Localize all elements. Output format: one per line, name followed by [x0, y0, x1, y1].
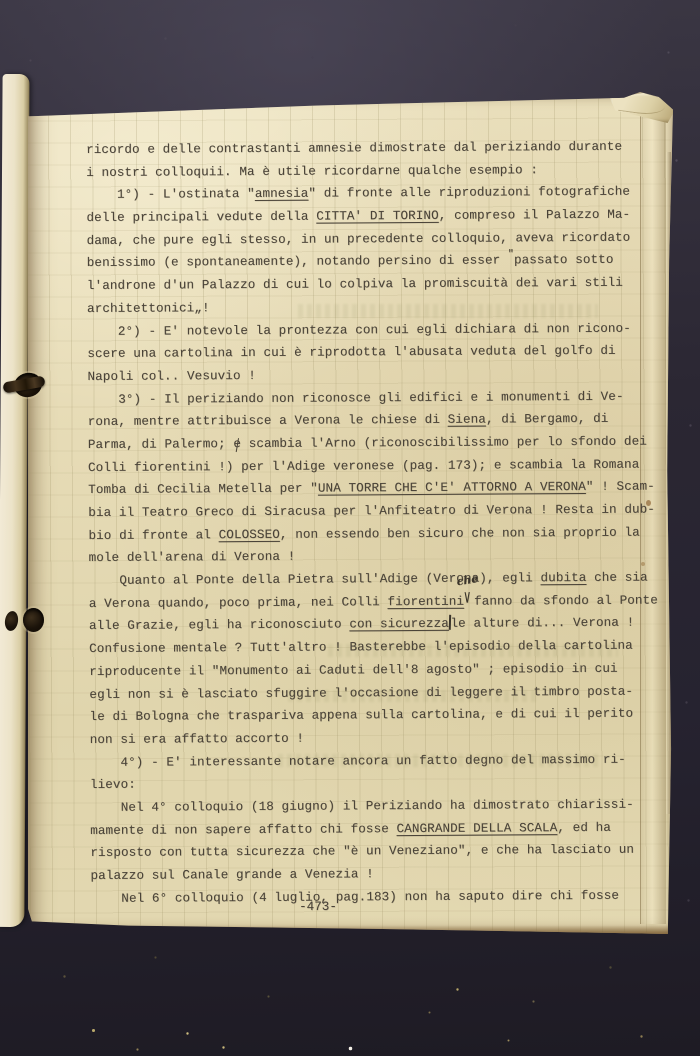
underlined-text: CITTA' DI TORINO [316, 209, 439, 224]
underlined-text: con sicurezza [349, 617, 449, 632]
text-segment: Confusione mentale ? Tutt'altro ! Baster… [89, 639, 633, 656]
text-segment: bio di fronte al [88, 528, 218, 543]
page-number: -473- [238, 900, 398, 914]
text-segment: Napoli col.. Vesuvio ! [87, 369, 256, 384]
binding-hole-bottom [23, 608, 44, 632]
pen-stroke [449, 615, 451, 630]
underlined-text: Siena [448, 413, 486, 427]
text-segment: benissimo (e spontaneamente), notando pe… [87, 254, 508, 271]
text-line: riproducente il "Monumento ai Caduti del… [89, 657, 685, 683]
text-segment: , di Bergamo, di [486, 412, 609, 427]
underlined-text: dubita [540, 571, 586, 585]
text-line: delle principali vedute della CITTA' DI … [86, 203, 682, 229]
text-segment: dama, che pure egli stesso, in un preced… [87, 230, 631, 247]
text-segment: riproducente il "Monumento ai Caduti del… [89, 662, 617, 679]
text-line: Parma, di Palermo; e scambia l'Arno (ric… [88, 430, 684, 456]
text-line: Confusione mentale ? Tutt'altro ! Baster… [89, 634, 685, 660]
text-segment: 1°) - L'ostinata " [86, 187, 255, 202]
text-segment: " di fronte alle riproduzioni fotografic… [308, 185, 630, 201]
text-segment: l'androne d'un Palazzo di cui lo colpiva… [87, 276, 623, 293]
text-segment: non si era affatto accorto ! [90, 732, 305, 747]
overstruck-char: e [233, 437, 241, 451]
caret-icon: ∨ [463, 580, 471, 614]
underlined-text: CANGRANDE DELLA SCALA [396, 821, 557, 836]
text-segment: 3°) - Il periziando non riconosce gli ed… [88, 389, 624, 406]
text-segment: Nel 4° colloquio (18 giugno) il Perizian… [90, 798, 634, 815]
text-segment: 4°) - E' interessante notare ancora un f… [90, 752, 626, 769]
text-segment: mamente di non sapere affatto chi fosse [90, 822, 396, 838]
text-segment: Colli fiorentini !) per l'Adige veronese… [88, 457, 639, 474]
underlined-text: UNA TORRE CHE C'E' ATTORNO A VERONA [318, 480, 586, 496]
text-segment: mole dell'arena di Verona ! [89, 550, 296, 565]
text-segment: fanno da sfondo al Ponte [474, 593, 658, 608]
text-segment: bia il Teatro Greco di Siracusa per l'An… [88, 503, 655, 520]
page-corner-fold [610, 93, 674, 123]
text-segment: , ed ha [557, 820, 611, 834]
text-segment: risposto con tutta sicurezza che "è un V… [90, 843, 634, 860]
text-segment: Parma, di Palermo; [88, 437, 234, 452]
text-line: Nel 4° colloquio (18 giugno) il Perizian… [90, 793, 686, 819]
previous-page-edge [0, 74, 30, 927]
text-segment: che sia [586, 571, 647, 585]
document-page: ricordo e delle contrastanti amnesie dim… [28, 92, 673, 934]
typewritten-text: ricordo e delle contrastanti amnesie dim… [86, 135, 687, 910]
text-line: scere una cartolina in cui è riprodotta … [87, 340, 683, 366]
text-segment: rona, mentre attribuisce a Verona le chi… [88, 413, 448, 429]
text-line: ricordo e delle contrastanti amnesie dim… [86, 135, 682, 161]
photo-background: ricordo e delle contrastanti amnesie dim… [0, 0, 700, 1056]
text-line: risposto con tutta sicurezza che "è un V… [90, 839, 686, 865]
text-segment: architettonici [87, 301, 194, 316]
handwritten-low-quote-mark: „ [194, 301, 202, 315]
text-line: l'androne d'un Palazzo di cui lo colpiva… [87, 271, 683, 297]
text-segment: scere una cartolina in cui è riprodotta … [87, 344, 615, 361]
dust-specks [0, 0, 1, 1]
text-segment: , non essendo ben sicuro che non sia pro… [280, 525, 640, 541]
text-segment: lievo: [90, 778, 136, 792]
text-segment: Tomba di Cecilia Metella per " [88, 482, 318, 497]
underlined-text: amnesia [255, 187, 309, 201]
text-segment: 2°) - E' notevole la prontezza con cui e… [87, 321, 631, 338]
text-line: le di Bologna che traspariva appena sull… [89, 703, 685, 729]
text-segment: scambia l'Arno (riconoscibilissimo per l… [241, 435, 647, 451]
text-segment: palazzo sul Canale grande a Venezia ! [90, 867, 373, 883]
text-segment: ricordo e delle contrastanti amnesie dim… [86, 140, 622, 157]
text-segment: , compreso il Palazzo Ma- [439, 208, 631, 223]
underlined-text: COLOSSEO [219, 528, 280, 542]
handwritten-insertion: che∨ [464, 592, 474, 605]
text-segment: le di Bologna che traspariva appena sull… [89, 707, 633, 724]
text-segment: le alture di... Verona ! [450, 616, 634, 631]
text-segment: egli non si è lasciato sfuggire l'occasi… [89, 684, 633, 701]
text-segment: ! [202, 301, 210, 315]
handwritten-quote-mark: " [508, 245, 514, 268]
text-line: 4°) - E' interessante notare ancora un f… [90, 748, 686, 774]
text-line: bio di fronte al COLOSSEO, non essendo b… [88, 521, 684, 547]
text-segment: a Verona quando, poco prima, nei Colli [89, 595, 388, 611]
text-segment: i nostri colloquii. Ma è utile ricordarn… [86, 163, 538, 180]
text-line: Quanto al Ponte della Pietra sull'Adige … [89, 566, 685, 592]
text-segment: " ! Scam- [586, 480, 655, 494]
text-line: bia il Teatro Greco di Siracusa per l'An… [88, 498, 684, 524]
text-segment: alle Grazie, egli ha riconosciuto [89, 618, 349, 634]
text-segment: delle principali vedute della [86, 210, 316, 225]
text-segment: passato sotto [514, 253, 614, 268]
bottom-edge-shadow [32, 925, 671, 934]
underlined-text: fiorentini [387, 594, 464, 608]
